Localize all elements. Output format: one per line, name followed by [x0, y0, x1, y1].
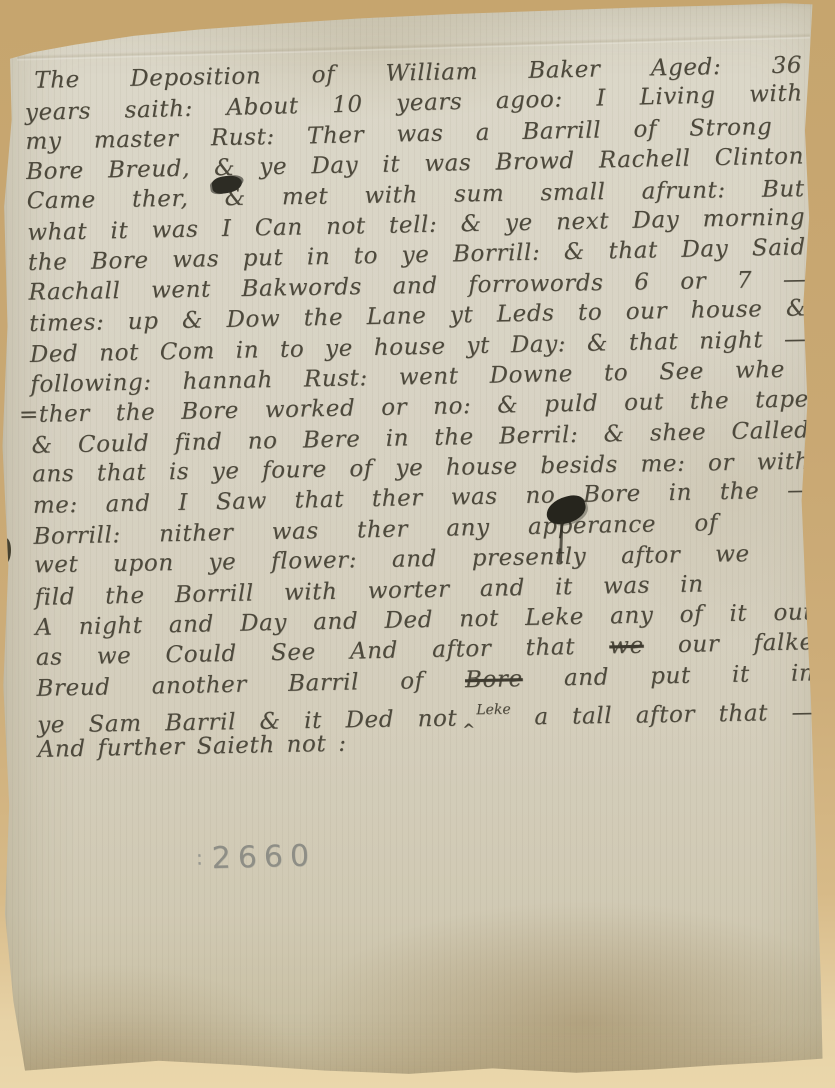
line-text: our falke	[644, 630, 815, 659]
interline-insertion: Leke	[476, 702, 511, 719]
insertion-caret: ^	[462, 720, 475, 738]
manuscript-photograph: The Deposition of William Baker Aged: 36…	[0, 0, 835, 1088]
struck-word: we	[609, 633, 644, 660]
paper-sheet: The Deposition of William Baker Aged: 36…	[0, 0, 835, 1088]
line-text: a tall aftor that —	[511, 700, 816, 731]
line-text: and put it in	[523, 660, 815, 692]
pencil-catalog-number: 2660	[196, 838, 317, 876]
manuscript-text: The Deposition of William Baker Aged: 36…	[24, 50, 816, 764]
struck-word: Bore	[465, 666, 523, 693]
ink-blot-margin	[0, 538, 11, 564]
